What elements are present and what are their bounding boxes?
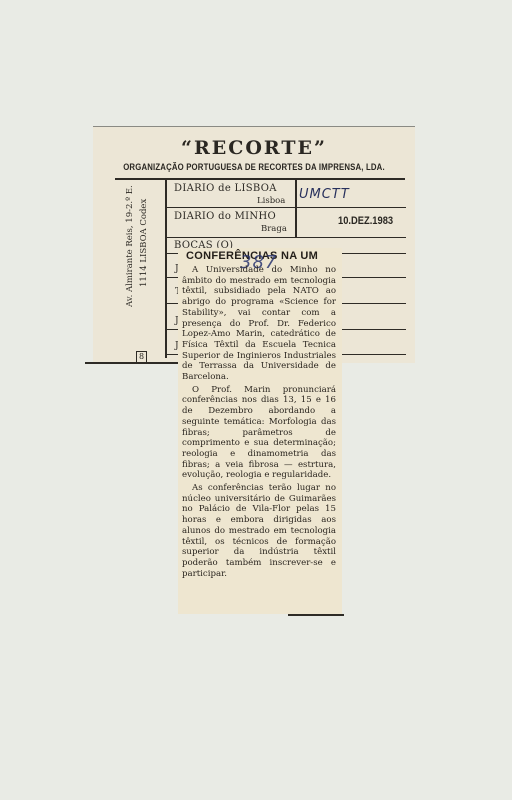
newspaper-article-clipping: CONFERÊNCIAS NA UM 387 A Universidade do… — [178, 248, 342, 614]
address-line-1: Av. Almirante Reis, 19-2.º E. — [125, 185, 135, 307]
article-paragraph: A Universidade do Minho no âmbito do mes… — [182, 265, 336, 383]
publication-name: DIARIO de LISBOA — [174, 183, 277, 194]
agency-title: “RECORTE” — [93, 137, 415, 159]
publication-name: DIARIO do MINHO — [174, 211, 276, 222]
divider — [115, 178, 405, 180]
divider — [85, 362, 187, 364]
column-divider — [165, 178, 167, 358]
article-paragraph: O Prof. Marin pronunciará conferências n… — [182, 385, 336, 481]
divider — [166, 237, 406, 238]
handwritten-code: UMCTT — [299, 187, 350, 202]
divider — [288, 614, 344, 616]
date-stamp: 10.DEZ.1983 — [338, 215, 393, 227]
publication-city: Braga — [261, 224, 287, 234]
agency-subtitle: ORGANIZAÇÃO PORTUGUESA DE RECORTES DA IM… — [122, 162, 386, 173]
column-divider — [295, 178, 297, 238]
divider — [166, 207, 406, 208]
publication-city: Lisboa — [257, 196, 285, 206]
article-paragraph: As conferências terão lugar no núcleo un… — [182, 483, 336, 579]
address-line-2: 1114 LISBOA Codex — [139, 199, 149, 287]
article-body: A Universidade do Minho no âmbito do mes… — [182, 265, 336, 579]
